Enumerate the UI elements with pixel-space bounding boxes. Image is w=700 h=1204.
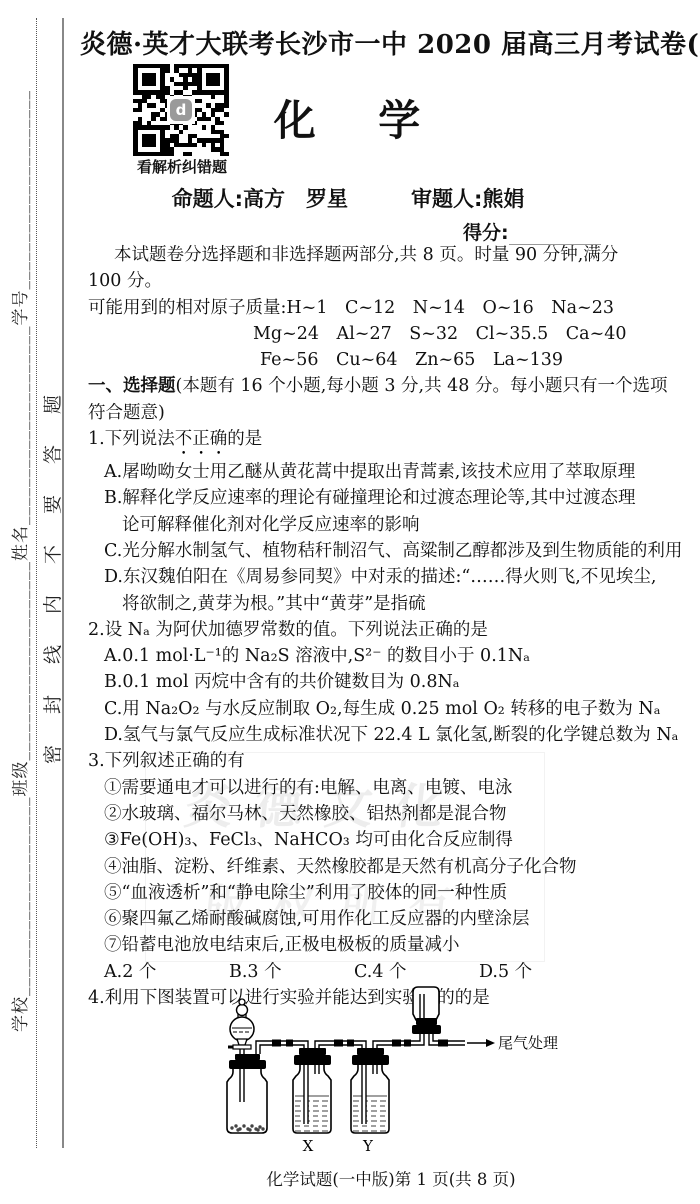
exam-body: 本试题卷分选择题和非选择题两部分,共 8 页。时量 90 分钟,满分 100 分… bbox=[88, 242, 694, 1011]
q3-item-3: ③Fe(OH)₃、FeCl₃、NaHCO₃ 均可由化合反应制得 bbox=[88, 827, 694, 853]
q3-choice-c: C.4 个 bbox=[354, 959, 479, 985]
bottle-x-label: X bbox=[303, 1137, 314, 1155]
section1-heading: 一、选择题(本题有 16 个小题,每小题 3 分,共 48 分。每小题只有一个选… bbox=[88, 373, 694, 399]
exam-paper-page: 学校_____________________班级_______________… bbox=[0, 0, 700, 1204]
outlet-label: 尾气处理 bbox=[498, 1034, 558, 1052]
atomic-masses-values1: H~1 C~12 N~14 O~16 Na~23 bbox=[286, 298, 614, 318]
intro-paragraph-line2: 100 分。 bbox=[88, 268, 694, 294]
q1-stem-post: 的是 bbox=[227, 429, 262, 449]
atomic-masses-line3: Fe~56 Cu~64 Zn~65 La~139 bbox=[88, 347, 694, 373]
subject-title: 化 学 bbox=[88, 88, 608, 148]
student-info-fields: 学校_____________________班级_______________… bbox=[6, 117, 31, 1032]
atomic-masses-line2: Mg~24 Al~27 S~32 Cl~35.5 Ca~40 bbox=[88, 321, 694, 347]
seal-line-text: 密封线内不要答题 bbox=[38, 334, 65, 764]
q1-option-d: D.东汉魏伯阳在《周易参同契》中对汞的描述:“……得火则飞,不见埃尘, bbox=[88, 564, 694, 590]
outlet-arrow-head bbox=[486, 1039, 495, 1047]
q3-item-4: ④油脂、淀粉、纤维素、天然橡胶都是天然有机高分子化合物 bbox=[88, 854, 694, 880]
q3-choice-d: D.5 个 bbox=[479, 962, 532, 982]
collection-bottle bbox=[413, 987, 439, 1020]
q3-item-5: ⑤“血液透析”和“静电除尘”利用了胶体的同一种性质 bbox=[88, 880, 694, 906]
atomic-masses-label: 可能用到的相对原子质量: bbox=[88, 298, 286, 318]
q1-option-c: C.光分解水制氢气、植物秸秆制沼气、高粱制乙醇都涉及到生物质能的利用 bbox=[88, 538, 694, 564]
qr-caption: 看解析纠错题 bbox=[127, 156, 237, 177]
seal-dotted-line bbox=[36, 18, 37, 1148]
wash-bottle-x bbox=[293, 1064, 331, 1133]
wash-bottle-y bbox=[351, 1064, 389, 1133]
dropping-funnel bbox=[228, 999, 254, 1049]
score-field: 得分: bbox=[463, 218, 601, 245]
q2-option-c: C.用 Na₂O₂ 与水反应制取 O₂,每生成 0.25 mol O₂ 转移的电… bbox=[88, 696, 694, 722]
score-label: 得分: bbox=[463, 222, 509, 244]
q2-option-d: D.氢气与氯气反应生成标准状况下 22.4 L 氯化氢,断裂的化学键总数为 Nₐ bbox=[88, 722, 694, 748]
section1-heading-cont: 符合题意) bbox=[88, 400, 694, 426]
q2-stem: 2.设 Nₐ 为阿伏加德罗常数的值。下列说法正确的是 bbox=[88, 617, 694, 643]
intro-paragraph-line1: 本试题卷分选择题和非选择题两部分,共 8 页。时量 90 分钟,满分 bbox=[88, 242, 694, 268]
q3-item-1: ①需要通电才可以进行的有:电解、电离、电镀、电泳 bbox=[88, 775, 694, 801]
q1-option-d-cont: 将欲制之,黄芽为根。”其中“黄芽”是指硫 bbox=[88, 591, 694, 617]
section1-heading-bold: 一、选择题 bbox=[88, 376, 176, 396]
q3-item-6: ⑥聚四氟乙烯耐酸碱腐蚀,可用作化工反应器的内壁涂层 bbox=[88, 906, 694, 932]
q1-stem-pre: 1.下列说法 bbox=[88, 429, 175, 449]
q3-choice-a: A.2 个 bbox=[104, 959, 229, 985]
authors-line: 命题人:高方 罗星 审题人:熊娟 bbox=[88, 183, 608, 213]
q1-stem: 1.下列说法不正确的是 bbox=[88, 426, 694, 459]
page-footer: 化学试题(一中版)第 1 页(共 8 页) bbox=[88, 1166, 694, 1190]
q1-option-b: B.解释化学反应速率的理论有碰撞理论和过渡态理论等,其中过渡态理 bbox=[88, 485, 694, 511]
bottle-y-label: Y bbox=[362, 1137, 374, 1155]
q3-stem: 3.下列叙述正确的有 bbox=[88, 748, 694, 774]
apparatus-diagram: 尾气处理 X Y bbox=[200, 984, 580, 1162]
generator-bottle bbox=[227, 1068, 267, 1133]
q3-item-2: ②水玻璃、福尔马林、天然橡胶、铝热剂都是混合物 bbox=[88, 801, 694, 827]
q3-choices-row: A.2 个B.3 个C.4 个D.5 个 bbox=[88, 959, 694, 985]
q2-option-a: A.0.1 mol·L⁻¹的 Na₂S 溶液中,S²⁻ 的数目小于 0.1Nₐ bbox=[88, 643, 694, 669]
q2-option-b: B.0.1 mol 丙烷中含有的共价键数目为 0.8Nₐ bbox=[88, 669, 694, 695]
q3-item-7: ⑦铅蓄电池放电结束后,正极电极板的质量减小 bbox=[88, 932, 694, 958]
q3-choice-b: B.3 个 bbox=[229, 959, 354, 985]
atomic-masses-line1: 可能用到的相对原子质量:H~1 C~12 N~14 O~16 Na~23 bbox=[88, 295, 694, 321]
exam-title: 炎德·英才大联考长沙市一中 2020 届高三月考试卷(三) bbox=[80, 24, 694, 61]
q1-option-a: A.屠呦呦女士用乙醚从黄花蒿中提取出青蒿素,该技术应用了萃取原理 bbox=[88, 459, 694, 485]
q1-stem-emphasized: 不正确 bbox=[175, 429, 228, 449]
seal-solid-line bbox=[62, 18, 64, 1148]
section1-heading-paren: (本题有 16 个小题,每小题 3 分,共 48 分。每小题只有一个选项 bbox=[176, 376, 668, 396]
q1-option-b-cont: 论可解释催化剂对化学反应速率的影响 bbox=[88, 512, 694, 538]
